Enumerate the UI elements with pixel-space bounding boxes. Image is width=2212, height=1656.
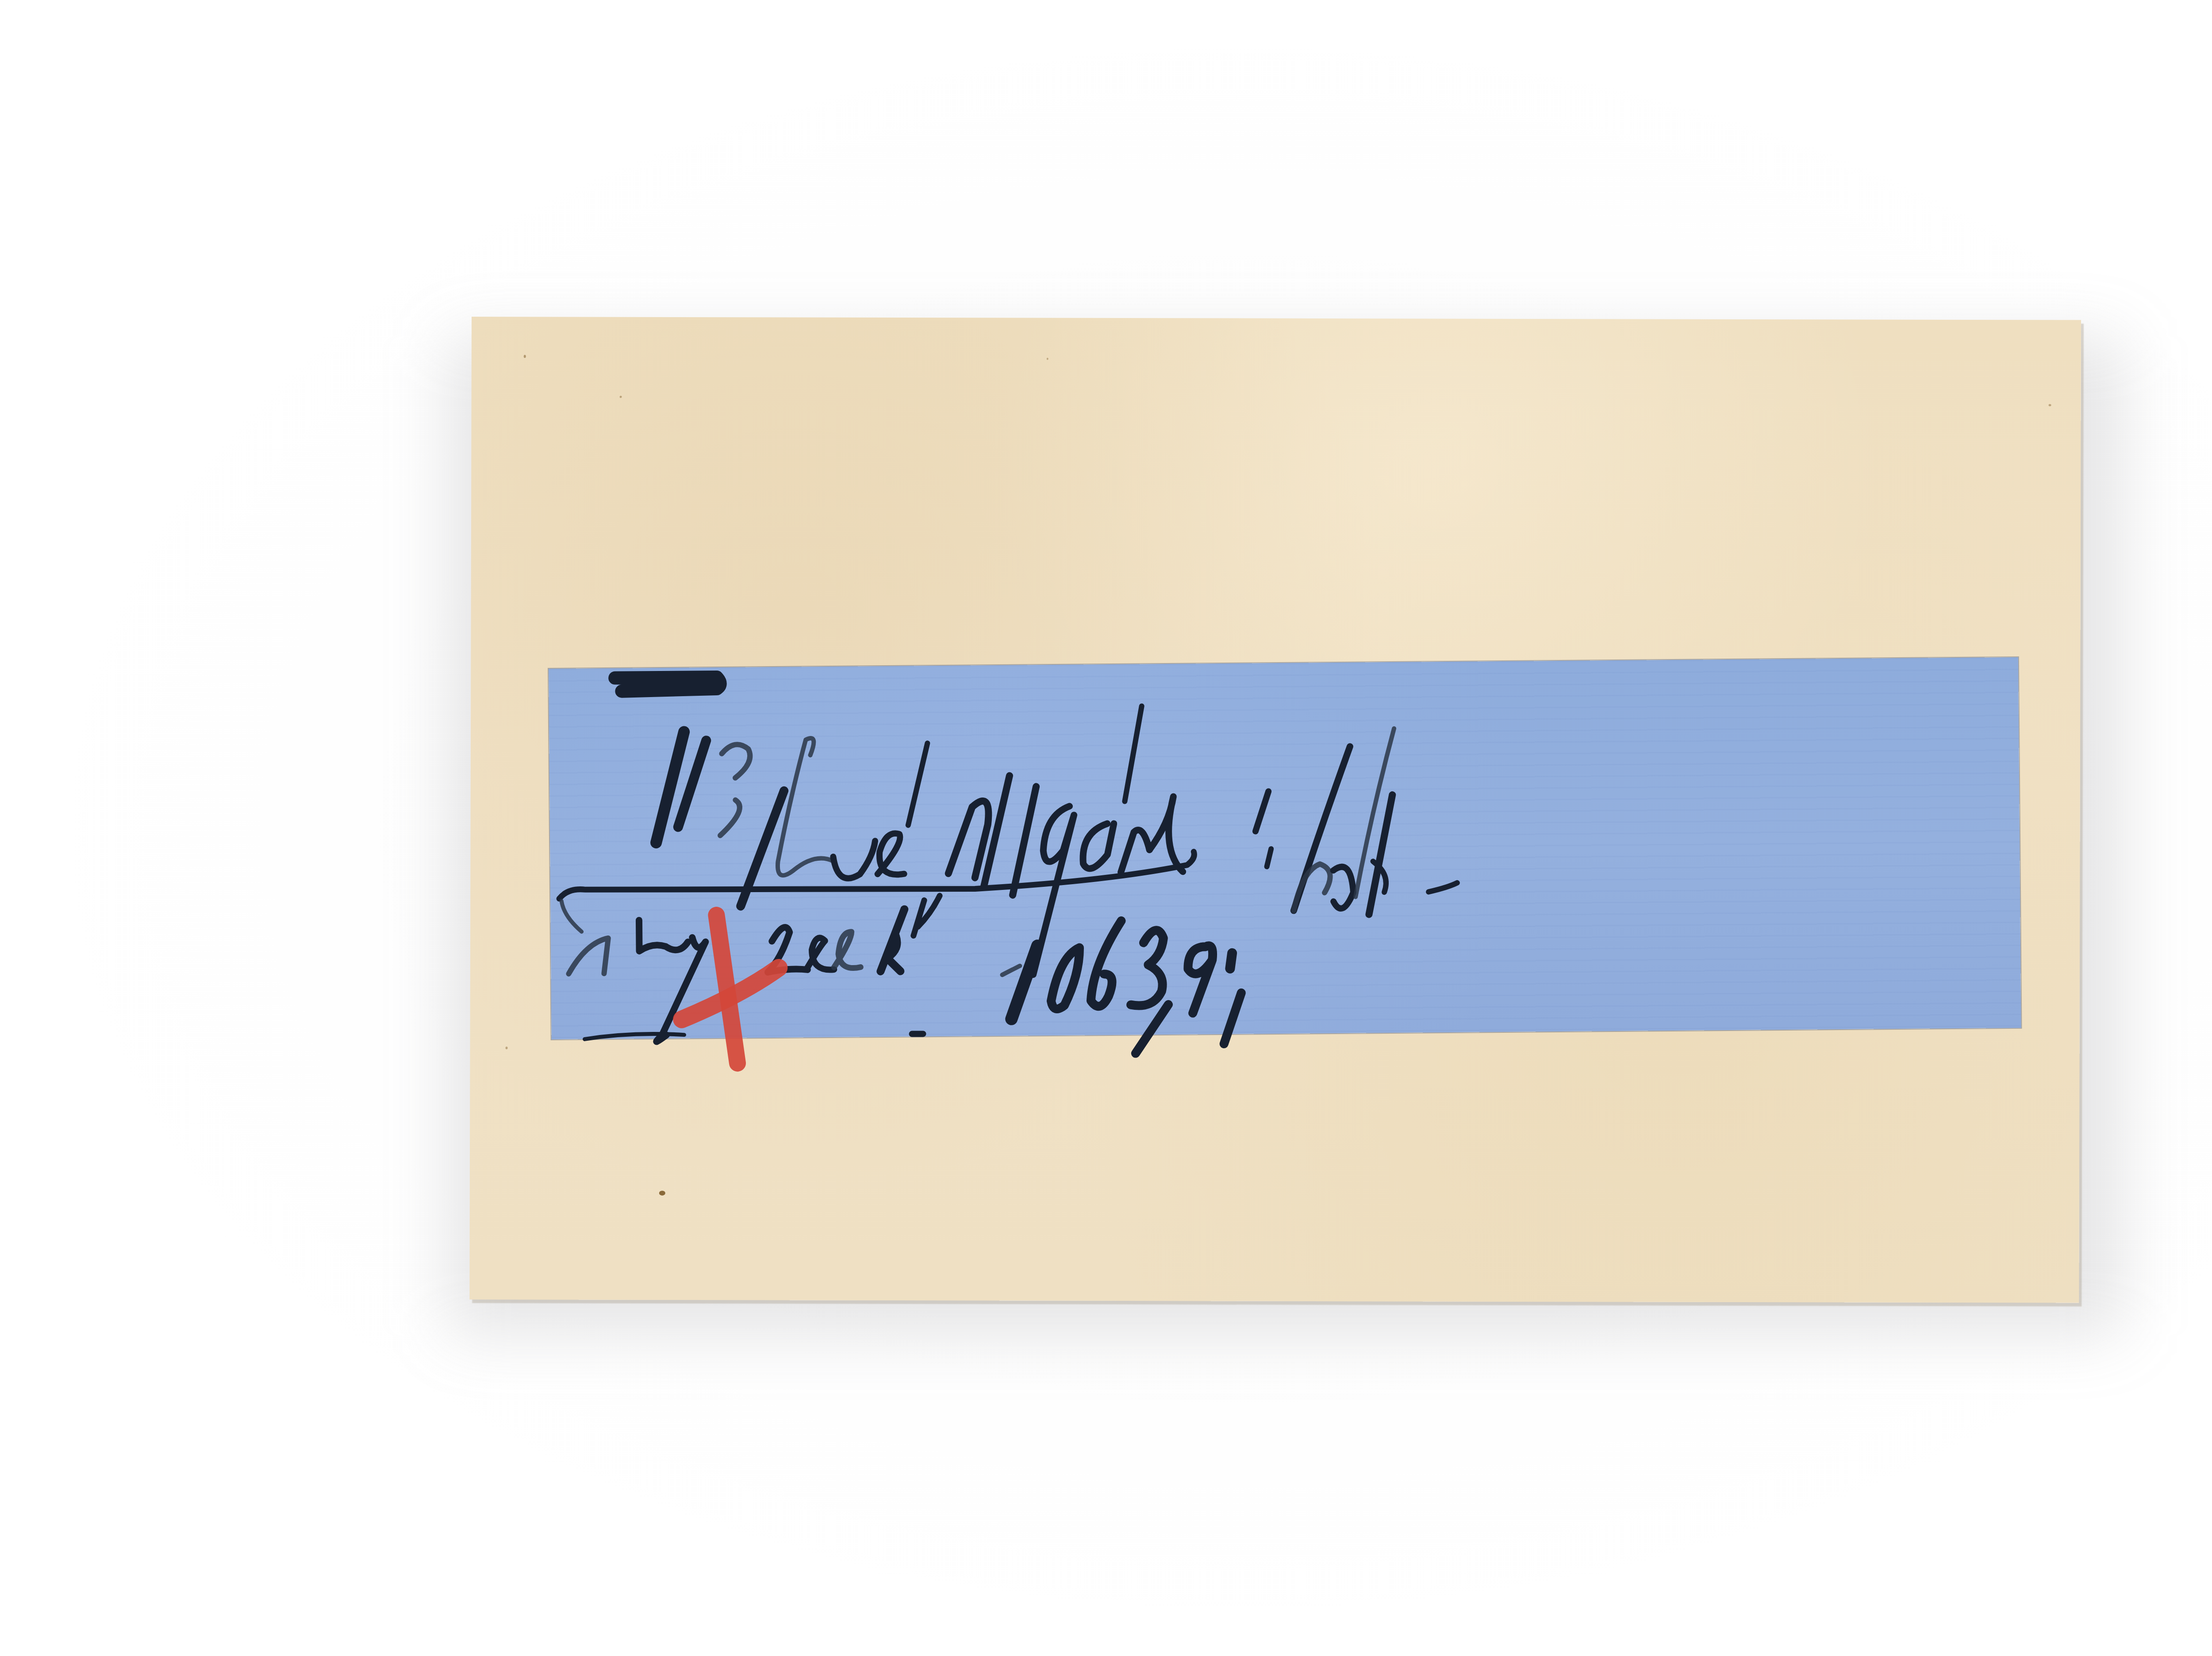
glyph-closing-quote	[913, 896, 940, 935]
glyph-e3	[807, 938, 834, 970]
glyph-superscript	[722, 744, 750, 778]
glyph-e	[877, 833, 904, 875]
glyph-v	[833, 841, 876, 878]
glyph-k2	[880, 909, 905, 971]
glyph-n	[948, 801, 989, 878]
glyph-quote2	[1267, 849, 1271, 866]
glyph-j	[568, 938, 609, 974]
glyph-n2	[639, 920, 688, 951]
glyph-accent	[907, 743, 928, 825]
glyph-digit-9	[1188, 946, 1213, 1013]
glyph-hyphen	[1373, 861, 1457, 892]
glyph-semicolon-dot	[1230, 953, 1232, 969]
glyph-digit-6	[1091, 921, 1122, 1006]
handwriting	[549, 657, 2021, 1039]
ink-bar-top-left	[615, 677, 720, 691]
glyph-quote	[1255, 791, 1269, 831]
glyph-K-loop	[777, 738, 833, 876]
glyph-comma	[720, 800, 740, 836]
glyph-e2	[1149, 797, 1183, 872]
glyph-digit-0	[1051, 948, 1080, 1009]
glyph-o2	[1333, 867, 1354, 909]
glyph-digit-1-serif	[1002, 966, 1020, 975]
glyph-digit-3	[1130, 930, 1164, 1005]
paper-speck	[506, 1046, 508, 1049]
glyph-e4	[834, 931, 861, 968]
glyph-digit-1	[1011, 946, 1038, 1019]
photo-backdrop: 11? Kvé'n llgávé ''look– ĵng zeek'' 1063…	[0, 0, 2212, 1656]
paper-speck	[620, 396, 622, 398]
glyph-l2	[1012, 786, 1037, 895]
blue-label-strip	[549, 657, 2021, 1039]
underline-tail	[561, 901, 582, 931]
paper-speck	[1047, 358, 1048, 360]
paper-speck	[524, 355, 526, 358]
glyph-a	[1083, 824, 1114, 869]
brown-speck	[659, 1191, 665, 1196]
paper-speck	[2049, 404, 2051, 406]
glyph-v2	[1121, 830, 1150, 872]
glyph-accent2	[1124, 706, 1143, 801]
